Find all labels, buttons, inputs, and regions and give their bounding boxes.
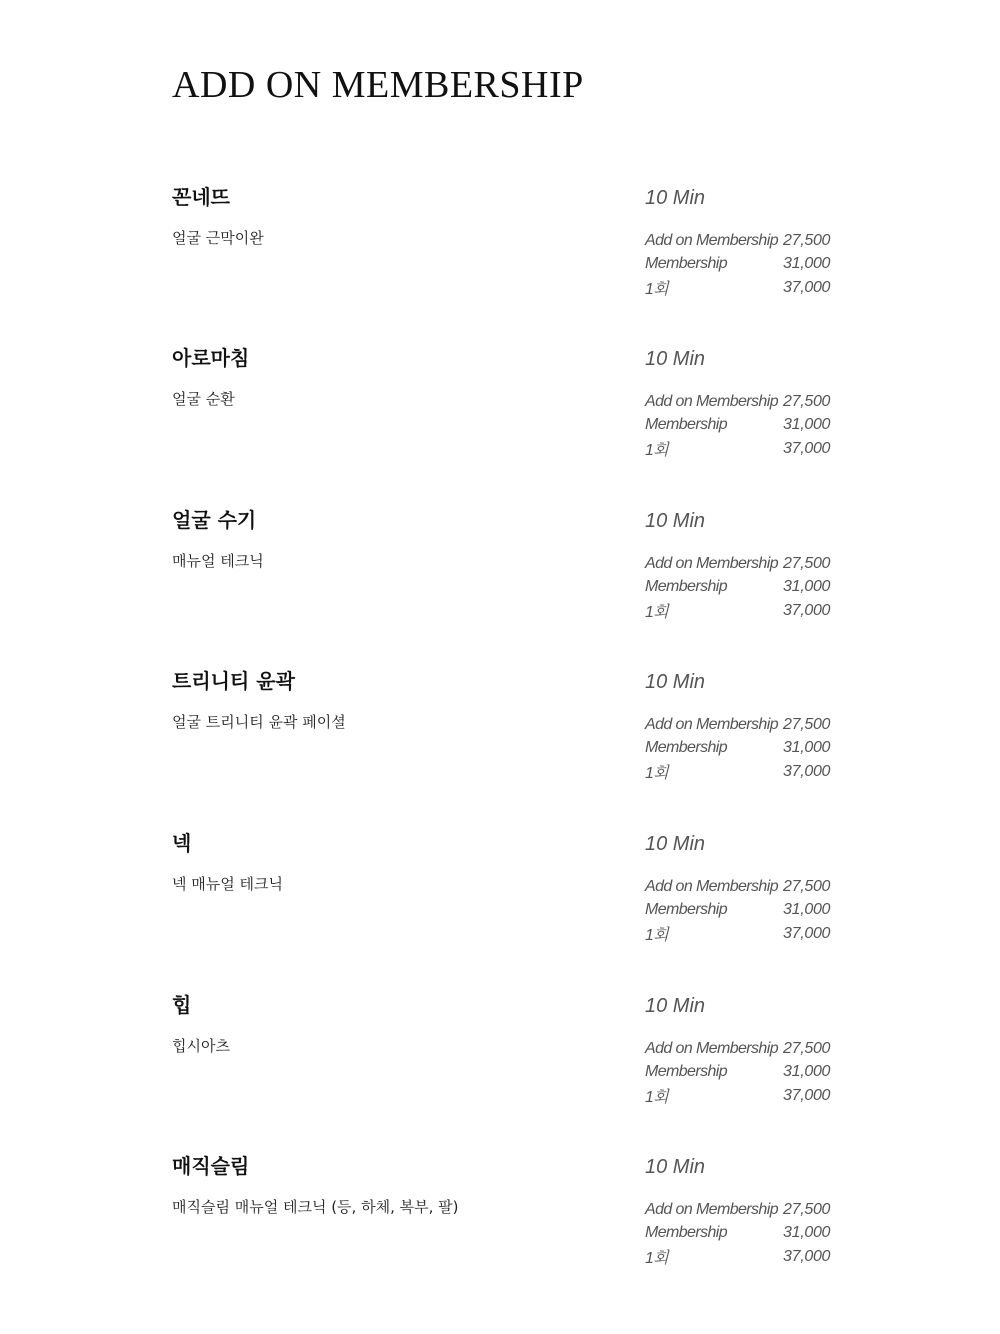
item-description: 넥 매뉴얼 테크닉 xyxy=(172,873,283,895)
price-value: 31,000 xyxy=(783,416,843,434)
price-row-single: 1회 37,000 xyxy=(645,276,845,300)
item-duration: 10 Min xyxy=(645,1154,705,1180)
price-row-membership: Membership 31,000 xyxy=(645,899,845,923)
item-duration: 10 Min xyxy=(645,346,705,372)
price-label: Add on Membership xyxy=(645,878,783,896)
price-value: 31,000 xyxy=(783,255,843,273)
price-row-single: 1회 37,000 xyxy=(645,760,845,784)
price-value: 27,500 xyxy=(783,232,843,250)
menu-item: 아로마침 얼굴 순환 10 Min Add on Membership 27,5… xyxy=(0,344,1000,494)
price-row-add-on-membership: Add on Membership 27,500 xyxy=(645,1037,845,1061)
price-row-add-on-membership: Add on Membership 27,500 xyxy=(645,713,845,737)
price-label: Membership xyxy=(645,739,783,757)
price-label: 1회 xyxy=(645,599,783,622)
price-label: Add on Membership xyxy=(645,232,783,250)
item-name: 힙 xyxy=(172,991,191,1019)
item-duration: 10 Min xyxy=(645,993,705,1019)
price-row-single: 1회 37,000 xyxy=(645,1084,845,1108)
price-value: 27,500 xyxy=(783,716,843,734)
price-row-membership: Membership 31,000 xyxy=(645,253,845,277)
price-row-add-on-membership: Add on Membership 27,500 xyxy=(645,390,845,414)
price-label: Membership xyxy=(645,416,783,434)
price-label: Membership xyxy=(645,901,783,919)
menu-item: 트리니티 윤곽 얼굴 트리니티 윤곽 페이셜 10 Min Add on Mem… xyxy=(0,667,1000,817)
price-value: 27,500 xyxy=(783,1201,843,1219)
price-label: Add on Membership xyxy=(645,716,783,734)
price-table: Add on Membership 27,500 Membership 31,0… xyxy=(645,1198,845,1269)
price-value: 31,000 xyxy=(783,578,843,596)
price-label: Membership xyxy=(645,255,783,273)
price-table: Add on Membership 27,500 Membership 31,0… xyxy=(645,390,845,461)
price-table: Add on Membership 27,500 Membership 31,0… xyxy=(645,875,845,946)
item-duration: 10 Min xyxy=(645,508,705,534)
price-table: Add on Membership 27,500 Membership 31,0… xyxy=(645,713,845,784)
price-row-membership: Membership 31,000 xyxy=(645,737,845,761)
price-row-membership: Membership 31,000 xyxy=(645,576,845,600)
menu-item: 매직슬림 매직슬림 매뉴얼 테크닉 (등, 하체, 복부, 팔) 10 Min … xyxy=(0,1152,1000,1302)
price-value: 31,000 xyxy=(783,1063,843,1081)
item-name: 매직슬림 xyxy=(172,1152,249,1180)
price-value: 27,500 xyxy=(783,1040,843,1058)
price-value: 27,500 xyxy=(783,555,843,573)
price-label: 1회 xyxy=(645,1245,783,1268)
page-title: ADD ON MEMBERSHIP xyxy=(172,62,584,108)
price-label: 1회 xyxy=(645,922,783,945)
price-row-single: 1회 37,000 xyxy=(645,437,845,461)
price-value: 37,000 xyxy=(783,1087,843,1105)
price-label: 1회 xyxy=(645,437,783,460)
price-row-single: 1회 37,000 xyxy=(645,1245,845,1269)
menu-item: 넥 넥 매뉴얼 테크닉 10 Min Add on Membership 27,… xyxy=(0,829,1000,979)
price-row-add-on-membership: Add on Membership 27,500 xyxy=(645,1198,845,1222)
price-value: 27,500 xyxy=(783,393,843,411)
price-value: 37,000 xyxy=(783,440,843,458)
price-row-single: 1회 37,000 xyxy=(645,922,845,946)
price-label: 1회 xyxy=(645,1084,783,1107)
item-description: 힙시아츠 xyxy=(172,1035,230,1057)
item-description: 얼굴 근막이완 xyxy=(172,227,264,249)
price-label: Add on Membership xyxy=(645,1040,783,1058)
menu-item: 힙 힙시아츠 10 Min Add on Membership 27,500 M… xyxy=(0,991,1000,1141)
item-name: 얼굴 수기 xyxy=(172,506,256,534)
price-label: Membership xyxy=(645,578,783,596)
price-value: 37,000 xyxy=(783,763,843,781)
item-name: 꼰네뜨 xyxy=(172,183,230,211)
price-row-single: 1회 37,000 xyxy=(645,599,845,623)
price-value: 31,000 xyxy=(783,739,843,757)
price-label: Add on Membership xyxy=(645,1201,783,1219)
item-description: 얼굴 순환 xyxy=(172,388,235,410)
price-label: 1회 xyxy=(645,760,783,783)
price-row-add-on-membership: Add on Membership 27,500 xyxy=(645,229,845,253)
price-label: Add on Membership xyxy=(645,393,783,411)
price-label: Membership xyxy=(645,1063,783,1081)
item-description: 매직슬림 매뉴얼 테크닉 (등, 하체, 복부, 팔) xyxy=(172,1196,458,1218)
item-description: 얼굴 트리니티 윤곽 페이셜 xyxy=(172,711,346,733)
price-value: 31,000 xyxy=(783,1224,843,1242)
item-name: 아로마침 xyxy=(172,344,249,372)
price-row-membership: Membership 31,000 xyxy=(645,414,845,438)
price-label: Membership xyxy=(645,1224,783,1242)
price-label: 1회 xyxy=(645,276,783,299)
item-duration: 10 Min xyxy=(645,831,705,857)
item-duration: 10 Min xyxy=(645,185,705,211)
menu-item: 꼰네뜨 얼굴 근막이완 10 Min Add on Membership 27,… xyxy=(0,183,1000,333)
item-name: 트리니티 윤곽 xyxy=(172,667,295,695)
item-duration: 10 Min xyxy=(645,669,705,695)
price-value: 37,000 xyxy=(783,925,843,943)
price-row-add-on-membership: Add on Membership 27,500 xyxy=(645,875,845,899)
price-row-membership: Membership 31,000 xyxy=(645,1061,845,1085)
price-row-membership: Membership 31,000 xyxy=(645,1222,845,1246)
item-description: 매뉴얼 테크닉 xyxy=(172,550,264,572)
price-table: Add on Membership 27,500 Membership 31,0… xyxy=(645,552,845,623)
price-label: Add on Membership xyxy=(645,555,783,573)
price-value: 37,000 xyxy=(783,279,843,297)
price-table: Add on Membership 27,500 Membership 31,0… xyxy=(645,229,845,300)
price-table: Add on Membership 27,500 Membership 31,0… xyxy=(645,1037,845,1108)
price-row-add-on-membership: Add on Membership 27,500 xyxy=(645,552,845,576)
item-name: 넥 xyxy=(172,829,191,857)
menu-item: 얼굴 수기 매뉴얼 테크닉 10 Min Add on Membership 2… xyxy=(0,506,1000,656)
price-value: 31,000 xyxy=(783,901,843,919)
price-value: 37,000 xyxy=(783,602,843,620)
price-value: 27,500 xyxy=(783,878,843,896)
price-value: 37,000 xyxy=(783,1248,843,1266)
